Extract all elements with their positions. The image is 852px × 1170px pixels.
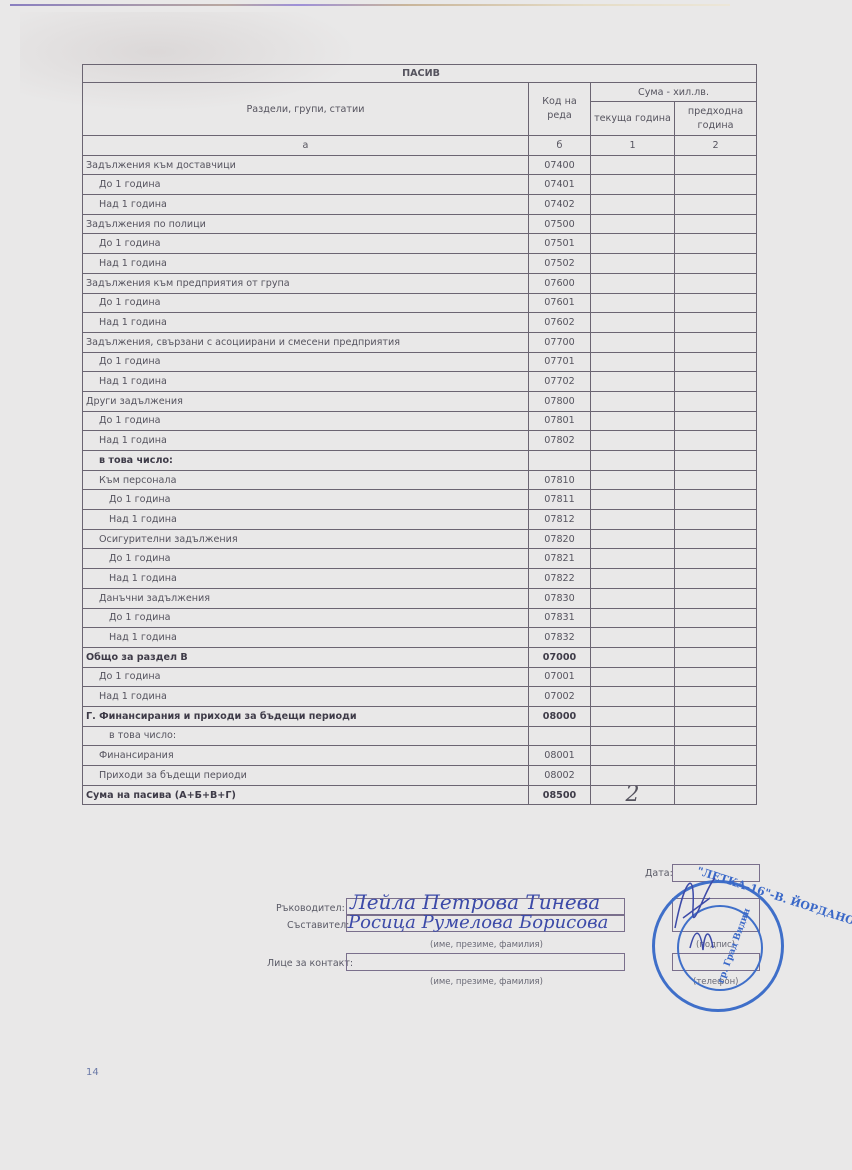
table-row: Над 1 година07802 <box>83 431 757 451</box>
current-year-value[interactable] <box>591 214 675 234</box>
previous-year-value[interactable] <box>675 766 757 786</box>
table-row: Над 1 година07402 <box>83 195 757 215</box>
table-title: ПАСИВ <box>83 65 757 83</box>
previous-year-value[interactable] <box>675 372 757 392</box>
current-year-value[interactable] <box>591 510 675 530</box>
row-label: До 1 година <box>83 411 529 431</box>
table-row: Над 1 година07002 <box>83 687 757 707</box>
row-code: 07822 <box>529 569 591 589</box>
header-sections: Раздели, групи, статии <box>83 83 529 136</box>
row-code: 07811 <box>529 490 591 510</box>
table-row: До 1 година07501 <box>83 234 757 254</box>
row-label: Над 1 година <box>83 195 529 215</box>
row-code: 07702 <box>529 372 591 392</box>
table-row: Над 1 година07832 <box>83 628 757 648</box>
manager-label: Ръководител: <box>276 903 345 914</box>
current-year-value[interactable] <box>591 490 675 510</box>
table-row: Над 1 година07602 <box>83 313 757 333</box>
previous-year-value[interactable] <box>675 313 757 333</box>
current-year-value[interactable] <box>591 451 675 471</box>
previous-year-value[interactable] <box>675 746 757 766</box>
col-index-a: а <box>83 136 529 156</box>
row-label: До 1 година <box>83 293 529 313</box>
header-current-year: текуща година <box>591 102 675 136</box>
previous-year-value[interactable] <box>675 667 757 687</box>
row-label: Други задължения <box>83 391 529 411</box>
row-label: Финансирания <box>83 746 529 766</box>
table-row: в това число: <box>83 451 757 471</box>
table-row: Приходи за бъдещи периоди08002 <box>83 766 757 786</box>
row-label: До 1 година <box>83 490 529 510</box>
row-label: Г. Финансирания и приходи за бъдещи пери… <box>83 706 529 726</box>
contact-field[interactable] <box>346 953 625 971</box>
previous-year-value[interactable] <box>675 510 757 530</box>
current-year-value[interactable] <box>591 372 675 392</box>
current-year-value[interactable] <box>591 352 675 372</box>
previous-year-value[interactable] <box>675 332 757 352</box>
table-row: Г. Финансирания и приходи за бъдещи пери… <box>83 706 757 726</box>
table-row: До 1 година07701 <box>83 352 757 372</box>
row-label: До 1 година <box>83 175 529 195</box>
row-label: До 1 година <box>83 352 529 372</box>
table-row: Към персонала07810 <box>83 470 757 490</box>
page-number: 14 <box>86 1067 99 1078</box>
table-row: в това число: <box>83 726 757 746</box>
previous-year-value[interactable] <box>675 490 757 510</box>
row-code: 07831 <box>529 608 591 628</box>
row-label: Над 1 година <box>83 431 529 451</box>
signature-scribble-icon <box>665 868 725 958</box>
current-year-value[interactable] <box>591 293 675 313</box>
previous-year-value[interactable] <box>675 647 757 667</box>
row-label: Задължения към предприятия от група <box>83 273 529 293</box>
previous-year-value[interactable] <box>675 569 757 589</box>
row-label: Задължения към доставчици <box>83 155 529 175</box>
row-code: 07821 <box>529 549 591 569</box>
table-row: Други задължения07800 <box>83 391 757 411</box>
previous-year-value[interactable] <box>675 391 757 411</box>
row-code: 07002 <box>529 687 591 707</box>
table-row: Над 1 година07502 <box>83 254 757 274</box>
row-code: 07801 <box>529 411 591 431</box>
row-code: 07402 <box>529 195 591 215</box>
table-row: Задължения към предприятия от група07600 <box>83 273 757 293</box>
row-label: Данъчни задължения <box>83 588 529 608</box>
row-code: 07502 <box>529 254 591 274</box>
current-year-value[interactable] <box>591 470 675 490</box>
row-label: Над 1 година <box>83 569 529 589</box>
previous-year-value[interactable] <box>675 706 757 726</box>
preparer-label: Съставител: <box>287 920 349 931</box>
current-year-value[interactable] <box>591 529 675 549</box>
previous-year-value[interactable] <box>675 411 757 431</box>
current-year-value[interactable] <box>591 726 675 746</box>
row-code: 07700 <box>529 332 591 352</box>
row-label: Над 1 година <box>83 254 529 274</box>
current-year-value[interactable] <box>591 155 675 175</box>
table-row: Сума на пасива (А+Б+В+Г)085002 <box>83 785 757 805</box>
previous-year-value[interactable] <box>675 214 757 234</box>
row-code: 07602 <box>529 313 591 333</box>
liabilities-table: ПАСИВ Раздели, групи, статии Код на реда… <box>82 64 757 805</box>
table-row: До 1 година07811 <box>83 490 757 510</box>
row-label: Над 1 година <box>83 628 529 648</box>
row-code: 07000 <box>529 647 591 667</box>
previous-year-value[interactable] <box>675 549 757 569</box>
table-row: До 1 година07601 <box>83 293 757 313</box>
row-code: 07830 <box>529 588 591 608</box>
previous-year-value[interactable] <box>675 195 757 215</box>
table-row: До 1 година07401 <box>83 175 757 195</box>
row-label: Към персонала <box>83 470 529 490</box>
row-code: 07400 <box>529 155 591 175</box>
previous-year-value[interactable] <box>675 451 757 471</box>
row-label: Над 1 година <box>83 372 529 392</box>
row-code: 07800 <box>529 391 591 411</box>
row-code: 08000 <box>529 706 591 726</box>
row-code: 07500 <box>529 214 591 234</box>
current-year-value[interactable] <box>591 628 675 648</box>
preparer-handwriting: Росица Румелова Борисова <box>348 912 608 933</box>
row-label: Задължения по полици <box>83 214 529 234</box>
current-year-value[interactable] <box>591 766 675 786</box>
current-year-value[interactable] <box>591 254 675 274</box>
row-code: 07600 <box>529 273 591 293</box>
previous-year-value[interactable] <box>675 588 757 608</box>
previous-year-value[interactable] <box>675 785 757 805</box>
row-label: Сума на пасива (А+Б+В+Г) <box>83 785 529 805</box>
current-year-value[interactable] <box>591 234 675 254</box>
row-label: До 1 година <box>83 549 529 569</box>
current-year-value[interactable] <box>591 411 675 431</box>
row-code: 07701 <box>529 352 591 372</box>
row-label: Над 1 година <box>83 510 529 530</box>
current-year-value[interactable] <box>591 332 675 352</box>
table-row: Задължения, свързани с асоциирани и смес… <box>83 332 757 352</box>
row-label: Осигурителни задължения <box>83 529 529 549</box>
row-label: Над 1 година <box>83 313 529 333</box>
previous-year-value[interactable] <box>675 254 757 274</box>
table-row: Финансирания08001 <box>83 746 757 766</box>
row-label: До 1 година <box>83 667 529 687</box>
header-code: Код на реда <box>529 83 591 136</box>
current-year-value[interactable] <box>591 706 675 726</box>
current-year-value[interactable] <box>591 175 675 195</box>
header-sum-group: Сума - хил.лв. <box>591 83 757 102</box>
manager-handwriting: Лейла Петрова Тинева <box>350 890 600 914</box>
current-year-value[interactable] <box>591 391 675 411</box>
previous-year-value[interactable] <box>675 175 757 195</box>
row-code: 07820 <box>529 529 591 549</box>
row-code: 08001 <box>529 746 591 766</box>
previous-year-value[interactable] <box>675 431 757 451</box>
previous-year-value[interactable] <box>675 470 757 490</box>
current-year-value[interactable] <box>591 195 675 215</box>
table-row: Данъчни задължения07830 <box>83 588 757 608</box>
previous-year-value[interactable] <box>675 529 757 549</box>
table-row: До 1 година07001 <box>83 667 757 687</box>
table-row: До 1 година07831 <box>83 608 757 628</box>
table-row: Над 1 година07702 <box>83 372 757 392</box>
name-caption: (име, презиме, фамилия) <box>430 940 543 950</box>
previous-year-value[interactable] <box>675 687 757 707</box>
previous-year-value[interactable] <box>675 293 757 313</box>
row-code: 07401 <box>529 175 591 195</box>
col-index-b: б <box>529 136 591 156</box>
row-label: Приходи за бъдещи периоди <box>83 766 529 786</box>
previous-year-value[interactable] <box>675 352 757 372</box>
current-year-value[interactable]: 2 <box>591 785 675 805</box>
table-row: Задължения по полици07500 <box>83 214 757 234</box>
table-row: До 1 година07821 <box>83 549 757 569</box>
row-label: Над 1 година <box>83 687 529 707</box>
current-year-value[interactable] <box>591 746 675 766</box>
row-code: 08002 <box>529 766 591 786</box>
scan-artifact-line <box>10 4 730 6</box>
row-code: 07812 <box>529 510 591 530</box>
row-label: в това число: <box>83 451 529 471</box>
table-row: Над 1 година07822 <box>83 569 757 589</box>
table-row: Над 1 година07812 <box>83 510 757 530</box>
previous-year-value[interactable] <box>675 234 757 254</box>
current-year-value[interactable] <box>591 608 675 628</box>
current-year-value[interactable] <box>591 667 675 687</box>
row-label: До 1 година <box>83 234 529 254</box>
row-label: Общо за раздел В <box>83 647 529 667</box>
col-index-2: 2 <box>675 136 757 156</box>
row-label: Задължения, свързани с асоциирани и смес… <box>83 332 529 352</box>
col-index-1: 1 <box>591 136 675 156</box>
table-row: Общо за раздел В07000 <box>83 647 757 667</box>
row-code: 07810 <box>529 470 591 490</box>
current-year-value[interactable] <box>591 431 675 451</box>
row-label: До 1 година <box>83 608 529 628</box>
table-row: Осигурителни задължения07820 <box>83 529 757 549</box>
previous-year-value[interactable] <box>675 726 757 746</box>
previous-year-value[interactable] <box>675 628 757 648</box>
contact-label: Лице за контакт: <box>267 958 353 969</box>
current-year-value[interactable] <box>591 273 675 293</box>
row-code: 07802 <box>529 431 591 451</box>
current-year-value[interactable] <box>591 313 675 333</box>
current-year-value[interactable] <box>591 569 675 589</box>
row-code: 08500 <box>529 785 591 805</box>
current-year-value[interactable] <box>591 588 675 608</box>
previous-year-value[interactable] <box>675 273 757 293</box>
table-row: До 1 година07801 <box>83 411 757 431</box>
header-previous-year: предходна година <box>675 102 757 136</box>
current-year-value[interactable] <box>591 549 675 569</box>
row-code: 07832 <box>529 628 591 648</box>
previous-year-value[interactable] <box>675 608 757 628</box>
row-label: в това число: <box>83 726 529 746</box>
row-code: 07001 <box>529 667 591 687</box>
row-code: 07501 <box>529 234 591 254</box>
current-year-value[interactable] <box>591 687 675 707</box>
row-code: 07601 <box>529 293 591 313</box>
contact-caption: (име, презиме, фамилия) <box>430 977 543 987</box>
row-code <box>529 726 591 746</box>
previous-year-value[interactable] <box>675 155 757 175</box>
table-row: Задължения към доставчици07400 <box>83 155 757 175</box>
current-year-value[interactable] <box>591 647 675 667</box>
row-code <box>529 451 591 471</box>
